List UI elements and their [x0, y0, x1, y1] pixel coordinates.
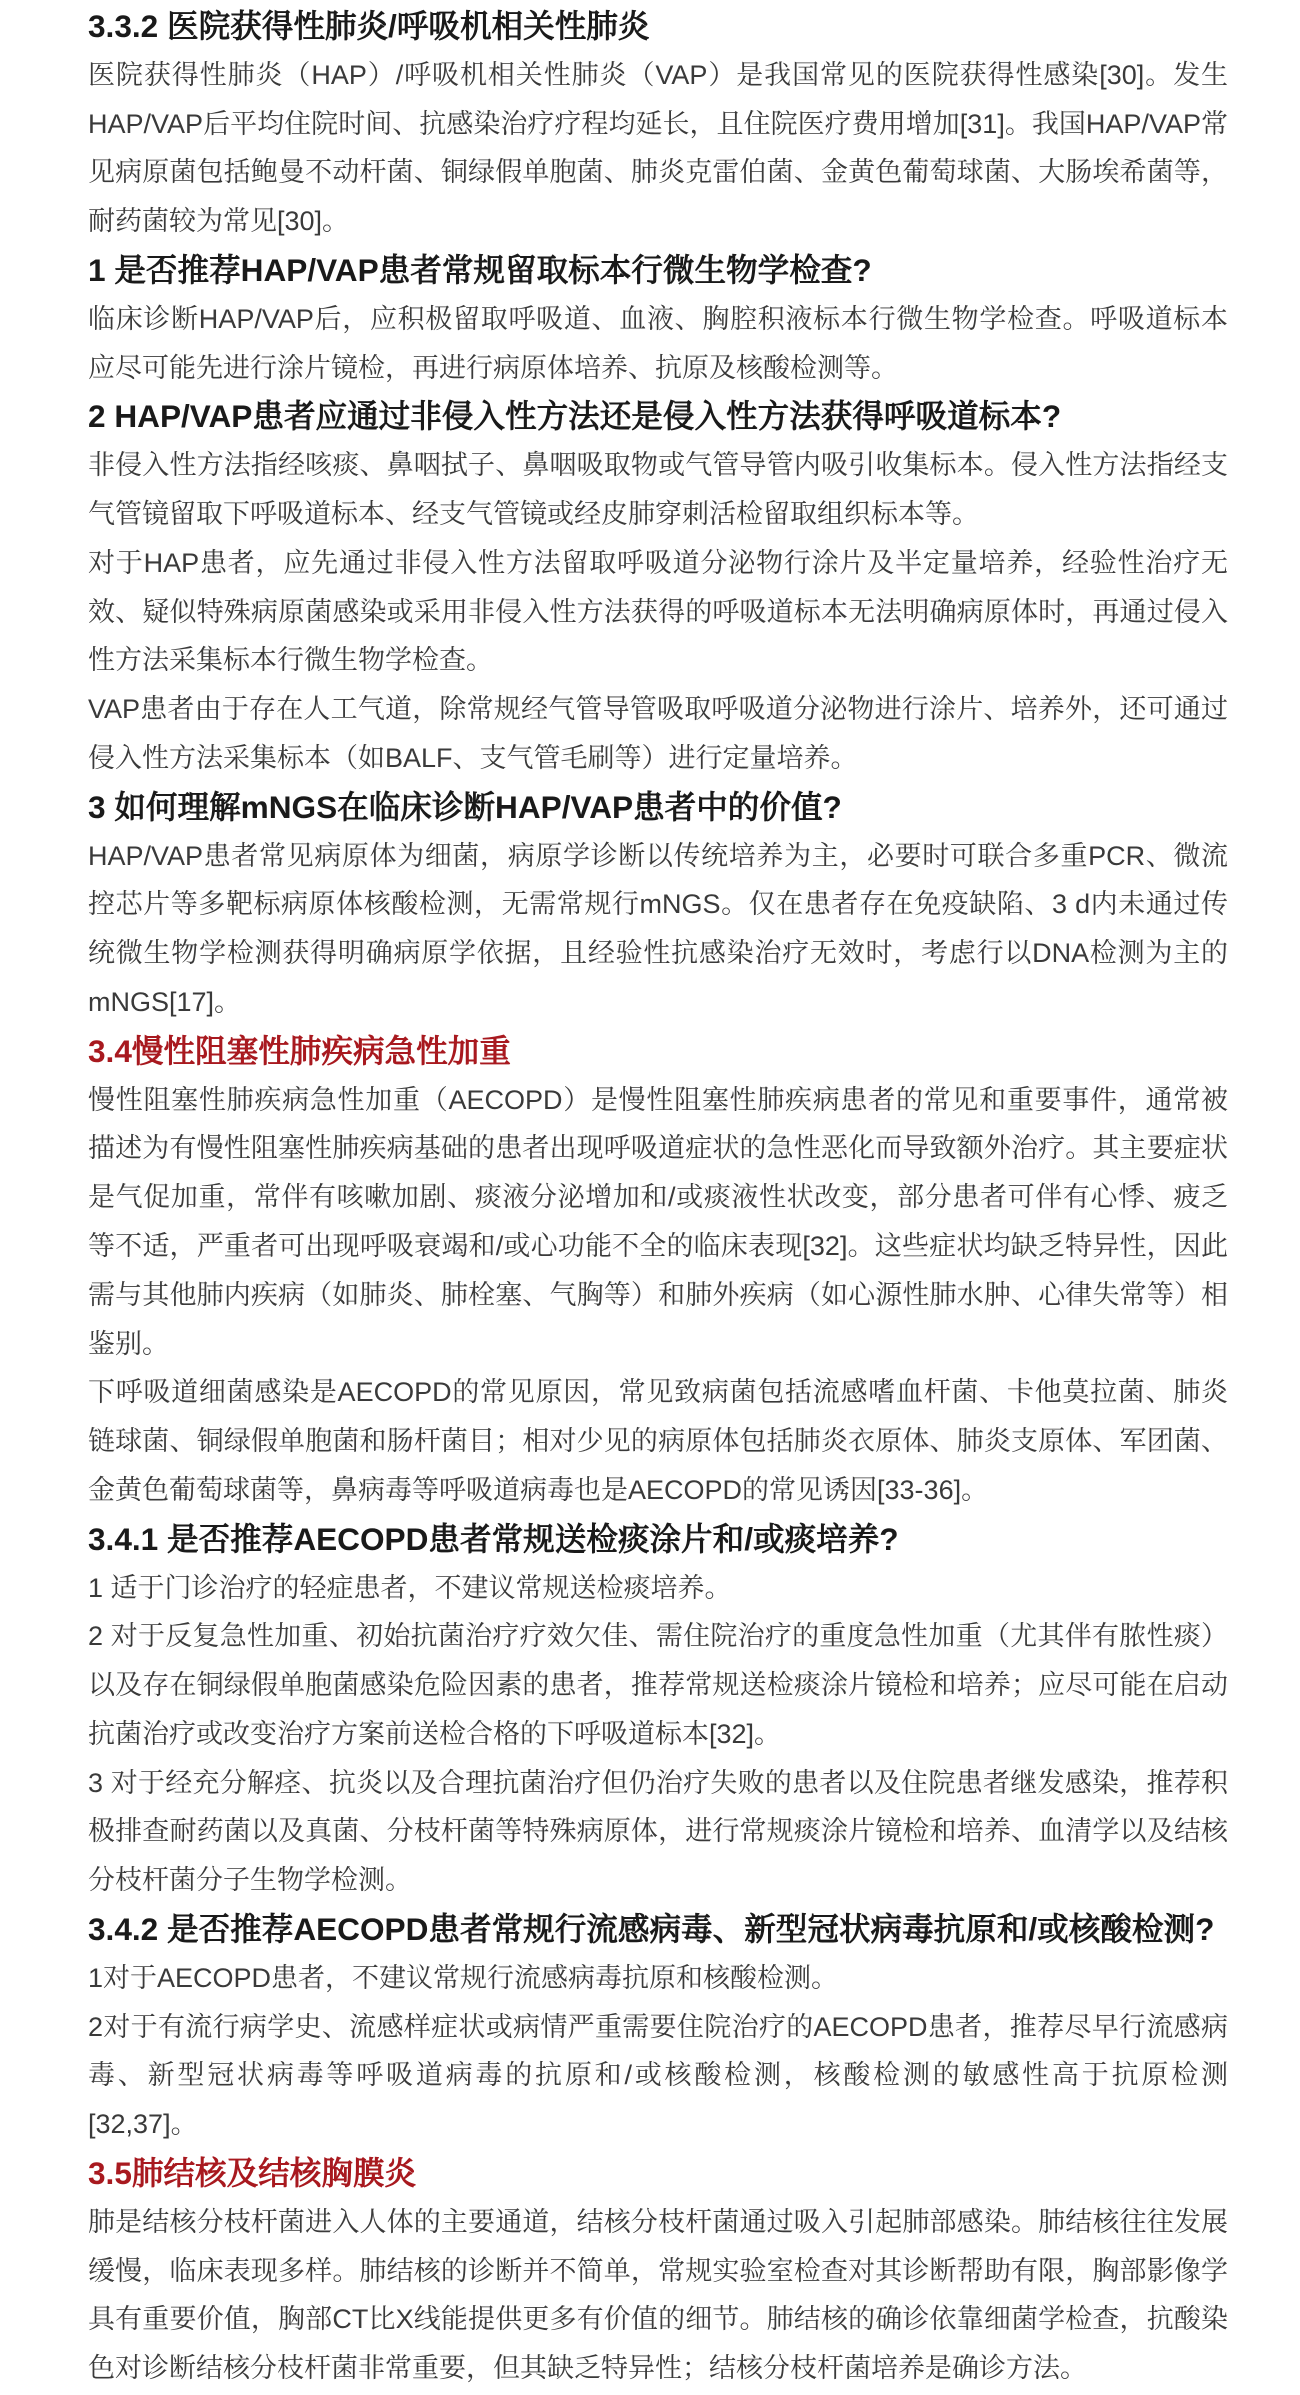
para-aecopd-definition: 慢性阻塞性肺疾病急性加重（AECOPD）是慢性阻塞性肺疾病患者的常见和重要事件，… [88, 1076, 1228, 1369]
question-1-heading: 1 是否推荐HAP/VAP患者常规留取标本行微生物学检查? [88, 246, 1228, 295]
para-3-4-2-item-1: 1对于AECOPD患者，不建议常规行流感病毒抗原和核酸检测。 [88, 1954, 1228, 2003]
para-q2-method-definitions: 非侵入性方法指经咳痰、鼻咽拭子、鼻咽吸取物或气管导管内吸引收集标本。侵入性方法指… [88, 441, 1228, 539]
para-3-4-2-item-2: 2对于有流行病学史、流感样症状或病情严重需要住院治疗的AECOPD患者，推荐尽早… [88, 2003, 1228, 2149]
para-tb-intro: 肺是结核分枝杆菌进入人体的主要通道，结核分枝杆菌通过吸入引起肺部感染。肺结核往往… [88, 2198, 1228, 2393]
para-hap-vap-intro: 医院获得性肺炎（HAP）/呼吸机相关性肺炎（VAP）是我国常见的医院获得性感染[… [88, 51, 1228, 246]
question-3-heading: 3 如何理解mNGS在临床诊断HAP/VAP患者中的价值? [88, 783, 1228, 832]
para-q3-mngs-value: HAP/VAP患者常见病原体为细菌，病原学诊断以传统培养为主，必要时可联合多重P… [88, 832, 1228, 1027]
heading-3-3-2-hap-vap: 3.3.2 医院获得性肺炎/呼吸机相关性肺炎 [88, 2, 1228, 51]
red-heading-3-4-aecopd: 3.4慢性阻塞性肺疾病急性加重 [88, 1027, 1228, 1076]
para-3-4-1-item-3: 3 对于经充分解痉、抗炎以及合理抗菌治疗但仍治疗失败的患者以及住院患者继发感染，… [88, 1759, 1228, 1905]
para-aecopd-pathogens: 下呼吸道细菌感染是AECOPD的常见原因，常见致病菌包括流感嗜血杆菌、卡他莫拉菌… [88, 1368, 1228, 1514]
heading-3-4-2: 3.4.2 是否推荐AECOPD患者常规行流感病毒、新型冠状病毒抗原和/或核酸检… [88, 1905, 1228, 1954]
red-heading-3-5-tb: 3.5肺结核及结核胸膜炎 [88, 2149, 1228, 2198]
document-page: 3.3.2 医院获得性肺炎/呼吸机相关性肺炎 医院获得性肺炎（HAP）/呼吸机相… [0, 0, 1300, 2395]
para-3-4-1-item-1: 1 适于门诊治疗的轻症患者，不建议常规送检痰培养。 [88, 1564, 1228, 1613]
para-question-1-answer: 临床诊断HAP/VAP后，应积极留取呼吸道、血液、胸腔积液标本行微生物学检查。呼… [88, 295, 1228, 393]
para-3-4-1-item-2: 2 对于反复急性加重、初始抗菌治疗疗效欠佳、需住院治疗的重度急性加重（尤其伴有脓… [88, 1612, 1228, 1758]
para-q2-vap-patients: VAP患者由于存在人工气道，除常规经气管导管吸取呼吸道分泌物进行涂片、培养外，还… [88, 685, 1228, 783]
question-2-heading: 2 HAP/VAP患者应通过非侵入性方法还是侵入性方法获得呼吸道标本? [88, 392, 1228, 441]
heading-3-4-1: 3.4.1 是否推荐AECOPD患者常规送检痰涂片和/或痰培养? [88, 1515, 1228, 1564]
para-q2-hap-patients: 对于HAP患者，应先通过非侵入性方法留取呼吸道分泌物行涂片及半定量培养，经验性治… [88, 539, 1228, 685]
